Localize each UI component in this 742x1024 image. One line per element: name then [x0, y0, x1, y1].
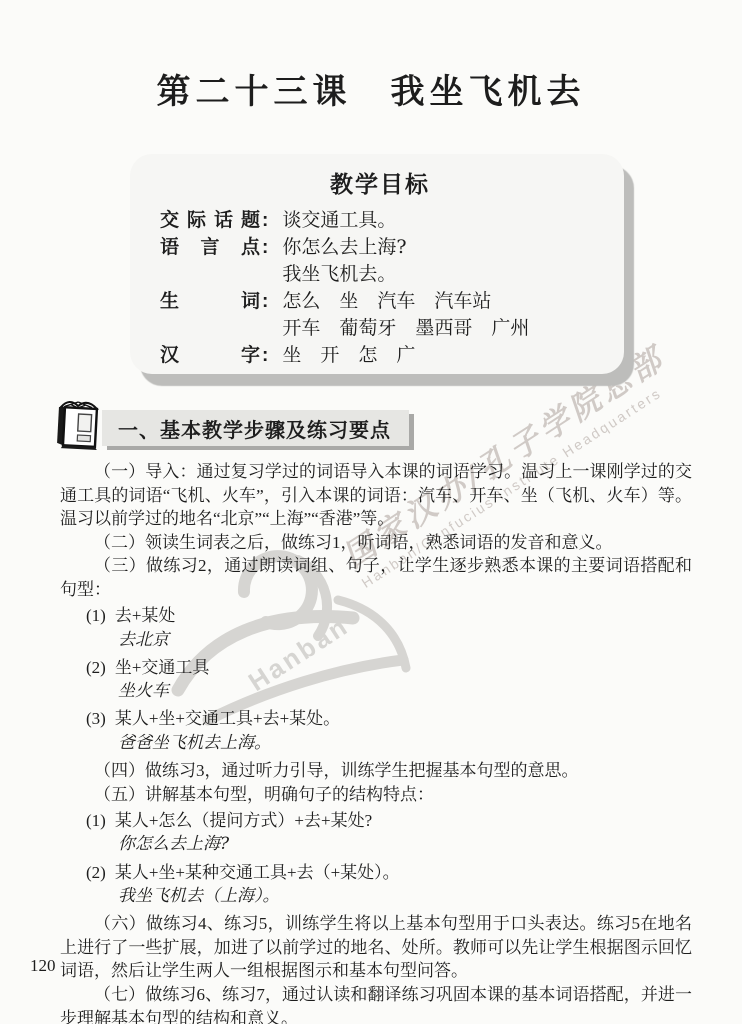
objective-lines: 你怎么去上海?我坐飞机去。 — [282, 234, 600, 288]
example-sentence: 去北京 — [118, 629, 692, 653]
item-text: 某人+坐+交通工具+去+某处。 — [115, 709, 340, 728]
section-header: 一、基本教学步骤及练习要点 — [50, 396, 409, 452]
example-sentence: 爸爸坐飞机去上海。 — [118, 732, 692, 756]
objective-value-line: 你怎么去上海? — [282, 234, 600, 261]
objective-colon: : — [262, 288, 268, 315]
objective-colon: : — [262, 342, 268, 369]
objective-colon: : — [262, 234, 268, 261]
objective-lines: 谈交通工具。 — [282, 207, 600, 234]
objective-label: 汉字 — [160, 342, 260, 369]
item-text: 某人+怎么（提问方式）+去+某处? — [115, 811, 372, 830]
open-book-icon — [50, 396, 106, 452]
body-content: （一）导入：通过复习学过的词语导入本课的词语学习。温习上一课刚学过的交通工具的词… — [60, 460, 692, 1024]
objective-lines: 坐 开 怎 广 — [282, 342, 600, 369]
paragraph: （六）做练习4、练习5，训练学生将以上基本句型用于口头表达。练习5在地名上进行了… — [60, 912, 692, 983]
paragraph: （四）做练习3，通过听力引导，训练学生把握基本句型的意思。 — [60, 759, 692, 783]
objectives-box: 教学目标 交际话题 : 谈交通工具。 语言点 : 你怎么去上海?我坐飞机去。 生… — [130, 154, 624, 374]
numbered-item: (2)某人+坐+某种交通工具+去（+某处）。 — [86, 861, 692, 885]
section-bar: 一、基本教学步骤及练习要点 — [102, 410, 409, 446]
item-text: 去+某处 — [115, 606, 176, 625]
paragraph: （七）做练习6、练习7，通过认读和翻译练习巩固本课的基本词语搭配，并进一步理解基… — [60, 983, 692, 1024]
objective-row: 生词 : 怎么 坐 汽车 汽车站开车 葡萄牙 墨西哥 广州 — [160, 288, 600, 342]
objective-label: 交际话题 — [160, 207, 260, 234]
item-text: 坐+交通工具 — [115, 658, 210, 677]
numbered-item: (3)某人+坐+交通工具+去+某处。 — [86, 707, 692, 731]
paragraph: （三）做练习2，通过朗读词组、句子，让学生逐步熟悉本课的主要词语搭配和句型： — [60, 554, 692, 601]
section-title: 一、基本教学步骤及练习要点 — [118, 414, 391, 443]
paragraph: （二）领读生词表之后，做练习1，听词语，熟悉词语的发音和意义。 — [60, 531, 692, 555]
objective-row: 交际话题 : 谈交通工具。 — [160, 207, 600, 234]
numbered-item: (1)某人+怎么（提问方式）+去+某处? — [86, 809, 692, 833]
numbered-item: (2)坐+交通工具 — [86, 656, 692, 680]
objective-label: 生词 — [160, 288, 260, 315]
objective-row: 语言点 : 你怎么去上海?我坐飞机去。 — [160, 234, 600, 288]
lesson-title: 第二十三课 我坐飞机去 — [0, 64, 742, 113]
item-number: (2) — [86, 863, 106, 882]
item-number: (3) — [86, 709, 106, 728]
item-number: (1) — [86, 606, 106, 625]
objective-lines: 怎么 坐 汽车 汽车站开车 葡萄牙 墨西哥 广州 — [282, 288, 600, 342]
objective-colon: : — [262, 207, 268, 234]
item-number: (2) — [86, 658, 106, 677]
objectives-rows: 交际话题 : 谈交通工具。 语言点 : 你怎么去上海?我坐飞机去。 生词 : 怎… — [160, 207, 600, 369]
page-number: 120 — [30, 956, 56, 976]
objective-value-line: 开车 葡萄牙 墨西哥 广州 — [282, 315, 600, 342]
objective-label: 语言点 — [160, 234, 260, 261]
objectives-heading: 教学目标 — [160, 166, 600, 199]
objective-value-line: 坐 开 怎 广 — [282, 342, 600, 369]
objective-row: 汉字 : 坐 开 怎 广 — [160, 342, 600, 369]
example-sentence: 我坐飞机去（上海）。 — [118, 885, 692, 909]
paragraph: （五）讲解基本句型，明确句子的结构特点： — [60, 783, 692, 807]
item-number: (1) — [86, 811, 106, 830]
example-sentence: 坐火车 — [118, 680, 692, 704]
numbered-item: (1)去+某处 — [86, 604, 692, 628]
example-sentence: 你怎么去上海? — [118, 833, 692, 857]
objective-value-line: 我坐飞机去。 — [282, 261, 600, 288]
item-text: 某人+坐+某种交通工具+去（+某处）。 — [115, 863, 400, 882]
objective-value-line: 怎么 坐 汽车 汽车站 — [282, 288, 600, 315]
paragraph: （一）导入：通过复习学过的词语导入本课的词语学习。温习上一课刚学过的交通工具的词… — [60, 460, 692, 531]
objective-value-line: 谈交通工具。 — [282, 207, 600, 234]
